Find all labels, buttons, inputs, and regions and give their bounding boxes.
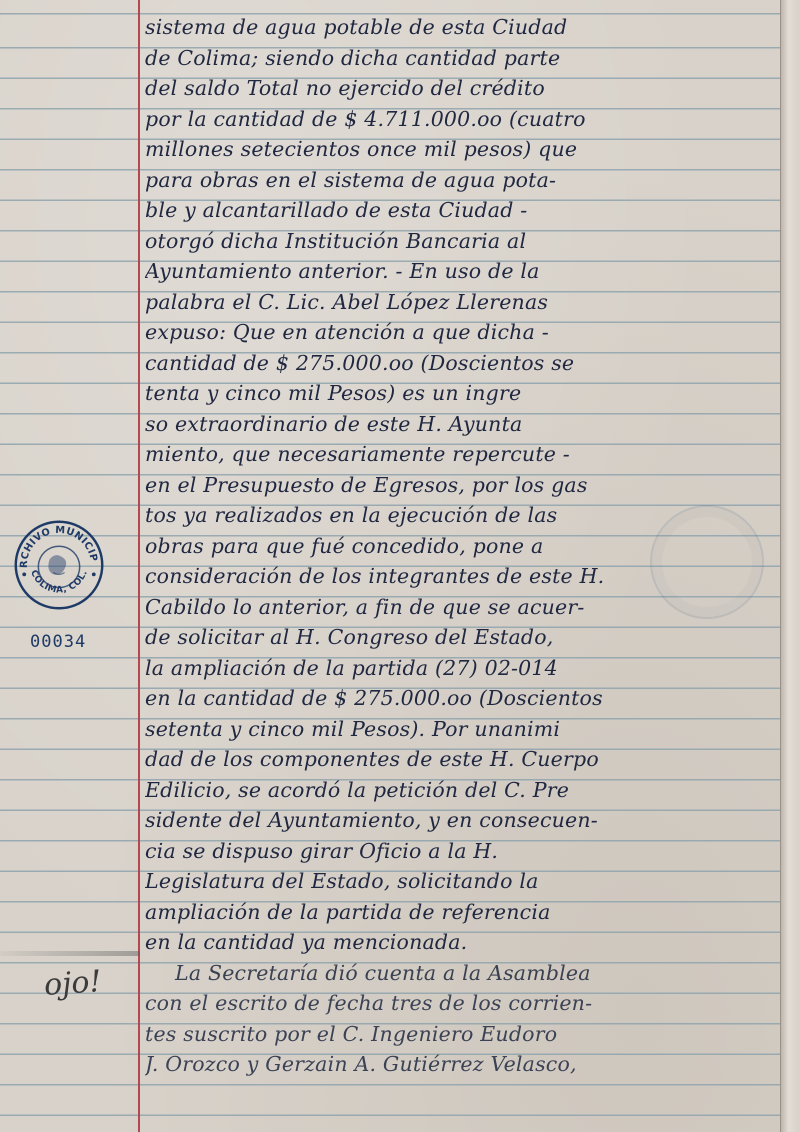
text-line: millones setecientos once mil pesos) que [145,134,775,165]
text-line: ampliación de la partida de referencia [145,897,775,928]
text-line: setenta y cinco mil Pesos). Por unanimi [145,714,775,745]
margin-note: ojo! [43,964,103,1003]
document-page: sistema de agua potable de esta Ciudad d… [0,0,799,1132]
text-line: sistema de agua potable de esta Ciudad [145,12,775,43]
text-line: tos ya realizados en la ejecución de las [145,500,775,531]
text-line: Edilicio, se acordó la petición del C. P… [145,775,775,806]
text-line: en la cantidad ya mencionada. [145,927,775,958]
pencil-mark [0,951,140,956]
text-line: otorgó dicha Institución Bancaria al [145,226,775,257]
text-line: tes suscrito por el C. Ingeniero Eudoro [145,1019,775,1050]
text-line: J. Orozco y Gerzain A. Gutiérrez Velasco… [145,1049,775,1080]
text-line: cantidad de $ 275.000.oo (Doscientos se [145,348,775,379]
text-line: cia se dispuso girar Oficio a la H. [145,836,775,867]
handwritten-text: sistema de agua potable de esta Ciudad d… [145,12,775,1080]
text-line: consideración de los integrantes de este… [145,561,775,592]
text-line: Cabildo lo anterior, a fin de que se acu… [145,592,775,623]
text-line: para obras en el sistema de agua pota- [145,165,775,196]
text-line: de Colima; siendo dicha cantidad parte [145,43,775,74]
text-line: en el Presupuesto de Egresos, por los ga… [145,470,775,501]
text-line: la ampliación de la partida (27) 02-014 [145,653,775,684]
text-line: del saldo Total no ejercido del crédito [145,73,775,104]
folio-number: 00034 [30,632,86,652]
text-line: obras para que fué concedido, pone a [145,531,775,562]
red-margin-line [138,0,140,1132]
text-line: por la cantidad de $ 4.711.000.oo (cuatr… [145,104,775,135]
archive-stamp: ARCHIVO MUNICIPAL COLIMA, COL. [12,518,106,612]
text-line: en la cantidad de $ 275.000.oo (Doscient… [145,683,775,714]
text-line: Legislatura del Estado, solicitando la [145,866,775,897]
text-line: tenta y cinco mil Pesos) es un ingre [145,378,775,409]
text-line: Ayuntamiento anterior. - En uso de la [145,256,775,287]
text-line: sidente del Ayuntamiento, y en consecuen… [145,805,775,836]
text-line: de solicitar al H. Congreso del Estado, [145,622,775,653]
text-line: miento, que necesariamente repercute - [145,439,775,470]
archive-seal-icon: ARCHIVO MUNICIPAL COLIMA, COL. [12,518,106,612]
text-line: dad de los componentes de este H. Cuerpo [145,744,775,775]
text-line: palabra el C. Lic. Abel López Llerenas [145,287,775,318]
text-line: so extraordinario de este H. Ayunta [145,409,775,440]
page-fold-edge [780,0,799,1132]
text-line: ble y alcantarillado de esta Ciudad - [145,195,775,226]
text-line: con el escrito de fecha tres de los corr… [145,988,775,1019]
text-line-paragraph-start: La Secretaría dió cuenta a la Asamblea [145,958,775,989]
text-line: expuso: Que en atención a que dicha - [145,317,775,348]
